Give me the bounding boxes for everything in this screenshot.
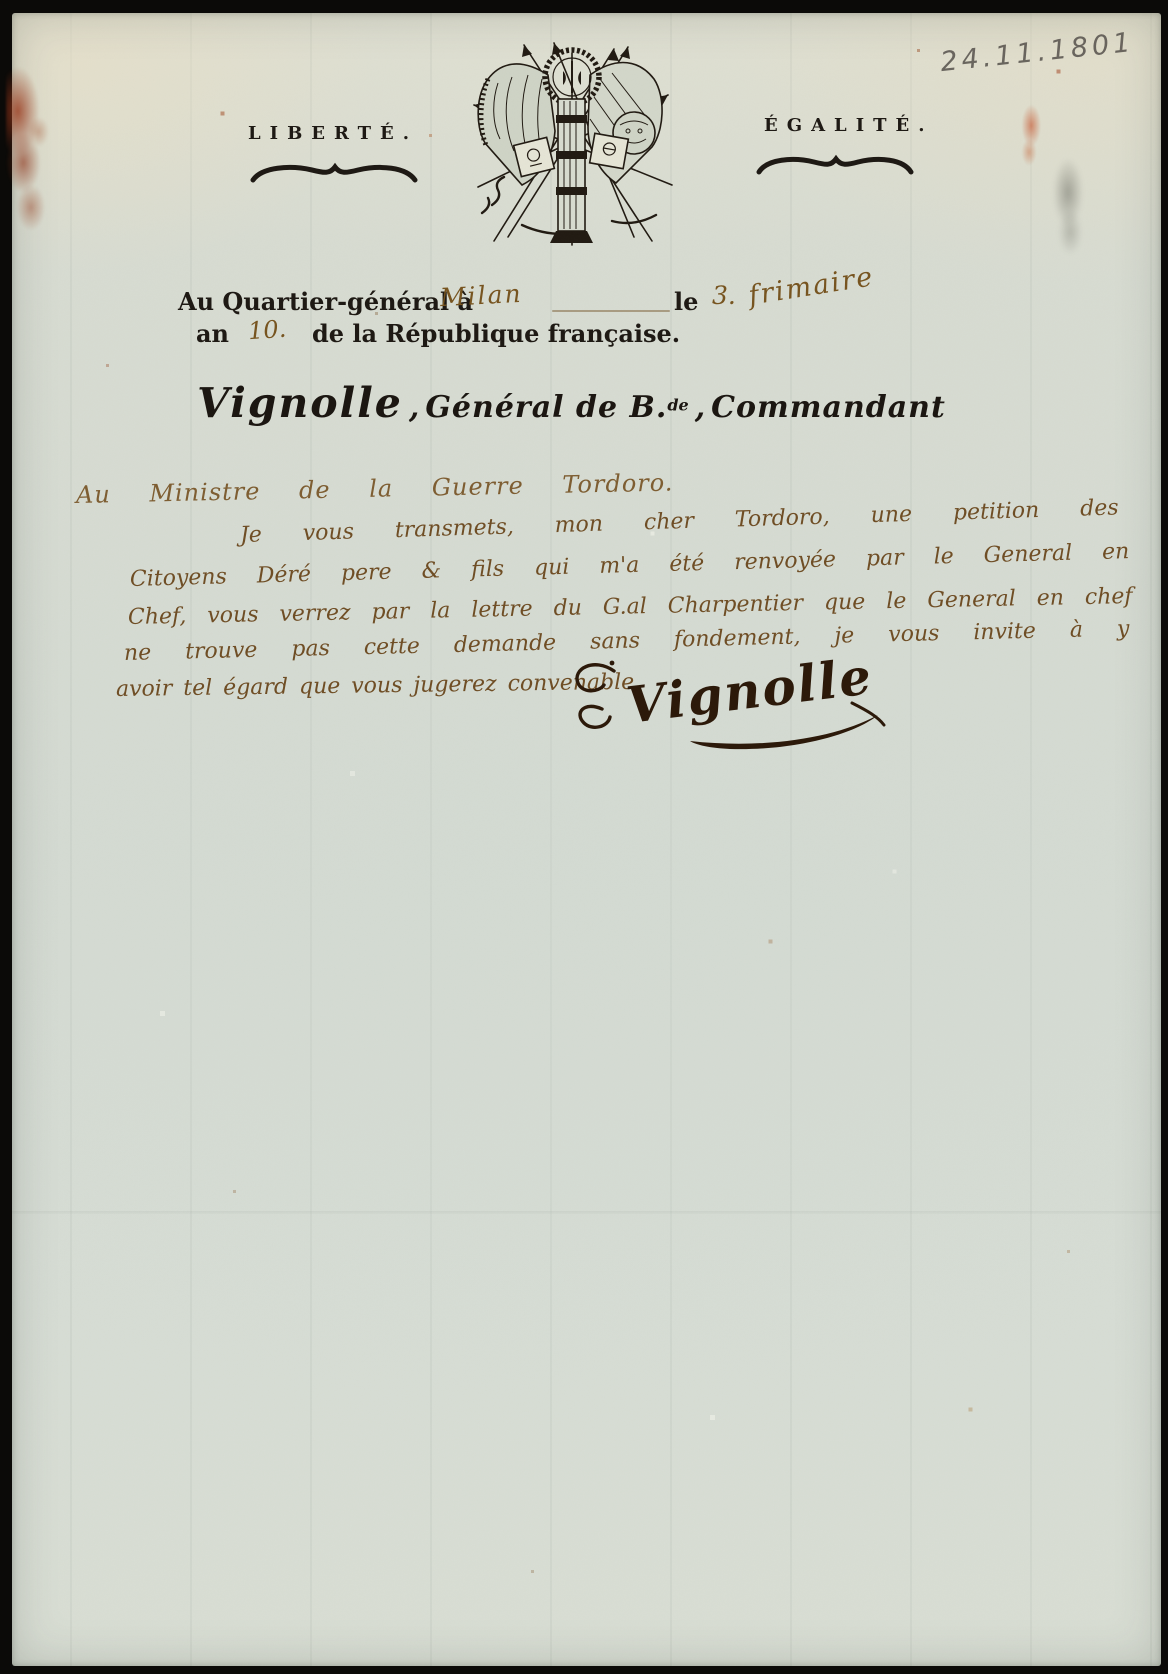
military-trophy-emblem-icon bbox=[462, 35, 682, 250]
sender-rank: Général de B. bbox=[425, 390, 667, 425]
dateline-day-handwritten: 3. bbox=[712, 281, 736, 310]
dateline-year-handwritten: 10. bbox=[247, 315, 287, 346]
dateline-printed-prefix: Au Quartier-général à bbox=[178, 287, 473, 316]
smudge-stain bbox=[1040, 153, 1094, 257]
sender-role: Commandant bbox=[711, 390, 946, 425]
fold-crease bbox=[12, 1211, 1161, 1214]
paper-grain-texture bbox=[12, 13, 1161, 1666]
sender-title-line: Vignolle,Général de B.de,Commandant bbox=[12, 379, 1131, 427]
paper-flecks bbox=[12, 13, 13, 14]
dateline-fill-rule bbox=[552, 310, 670, 312]
pencil-date-annotation: 24.11.1801 bbox=[939, 27, 1136, 78]
motto-liberte: LIBERTÉ. bbox=[248, 123, 418, 144]
dateline-month-handwritten: frimaire bbox=[746, 261, 876, 311]
motto-egalite: ÉGALITÉ. bbox=[764, 115, 934, 136]
rank-superscript: de bbox=[667, 396, 688, 415]
dateline-place-handwritten: Milan bbox=[439, 279, 523, 312]
wax-stain bbox=[6, 63, 60, 235]
dateline-printed-suffix: de la République française. bbox=[312, 319, 680, 348]
body-line: Citoyens Déré pere & fils qui m'a été re… bbox=[130, 539, 1130, 592]
document-page: 24.11.1801 LIBERTÉ. ÉGALITÉ. bbox=[12, 13, 1161, 1666]
brace-ornament-icon bbox=[754, 153, 916, 179]
separator: , bbox=[403, 390, 425, 425]
brace-ornament-icon bbox=[248, 161, 420, 187]
dateline-printed-an: an bbox=[196, 319, 229, 348]
scanned-letter: 24.11.1801 LIBERTÉ. ÉGALITÉ. bbox=[0, 0, 1168, 1674]
recipient-line: Au Ministre de la Guerre Tordoro. bbox=[76, 468, 674, 509]
separator: , bbox=[689, 390, 711, 425]
sender-name: Vignolle bbox=[197, 379, 403, 427]
dateline-printed-le: le bbox=[674, 287, 698, 316]
body-line: Je vous transmets, mon cher Tordoro, une… bbox=[240, 495, 1119, 548]
